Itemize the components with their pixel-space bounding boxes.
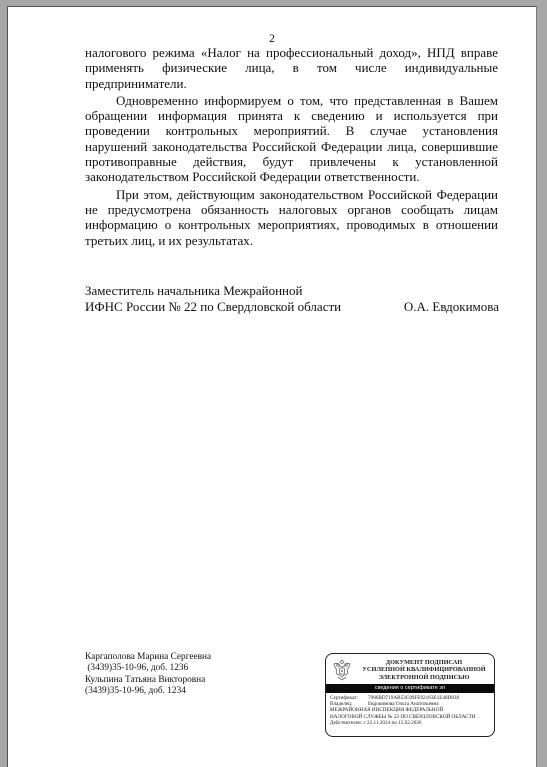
- validity-row: Действителен: с 22.11.2024 по 15.02.2026: [330, 720, 494, 726]
- signature-block: Заместитель начальника Межрайонной ИФНС …: [85, 283, 505, 314]
- contact-name-1: Каргаполова Марина Сергеевна: [85, 652, 211, 663]
- signer-name: О.А. Евдокимова: [404, 299, 499, 315]
- letter-body: налогового режима «Налог на профессионал…: [85, 45, 498, 248]
- contacts-block: Каргаполова Марина Сергеевна (3439)35-10…: [85, 652, 211, 697]
- contact-phone-1: (3439)35-10-96, доб. 1236: [85, 663, 211, 674]
- paragraph-2: Одновременно информируем о том, что пред…: [85, 93, 498, 185]
- certificate-value: 7986BD719AB53C89FE92163E1E48D838: [368, 695, 459, 701]
- signer-position-line2: ИФНС России № 22 по Свердловской области: [85, 299, 341, 315]
- contact-phone-2: (3439)35-10-96, доб. 1234: [85, 686, 211, 697]
- paragraph-1: налогового режима «Налог на профессионал…: [85, 45, 498, 91]
- paragraph-3: При этом, действующим законодательством …: [85, 187, 498, 248]
- contact-name-2: Кульпина Татьяна Викторовна: [85, 675, 211, 686]
- signature-row: ИФНС России № 22 по Свердловской области…: [85, 299, 505, 315]
- validity-label: Действителен:: [330, 720, 362, 726]
- certificate-info-bar: сведения о сертификате эп: [326, 684, 494, 693]
- stamp-title-line2: УСИЛЕННОЙ КВАЛИФИЦИРОВАННОЙ: [354, 666, 494, 673]
- stamp-title-line3: ЭЛЕКТРОННОЙ ПОДПИСЬЮ: [354, 674, 494, 681]
- certificate-details: Сертификат:7986BD719AB53C89FE92163E1E48D…: [330, 695, 494, 726]
- stamp-title: ДОКУМЕНТ ПОДПИСАН УСИЛЕННОЙ КВАЛИФИЦИРОВ…: [354, 659, 494, 681]
- document-page: 2 налогового режима «Налог на профессион…: [7, 6, 536, 755]
- validity-value: с 22.11.2024 по 15.02.2026: [363, 720, 421, 726]
- signer-position-line1: Заместитель начальника Межрайонной: [85, 283, 505, 299]
- e-signature-stamp: ДОКУМЕНТ ПОДПИСАН УСИЛЕННОЙ КВАЛИФИЦИРОВ…: [325, 653, 495, 737]
- coat-of-arms-icon: [331, 658, 353, 682]
